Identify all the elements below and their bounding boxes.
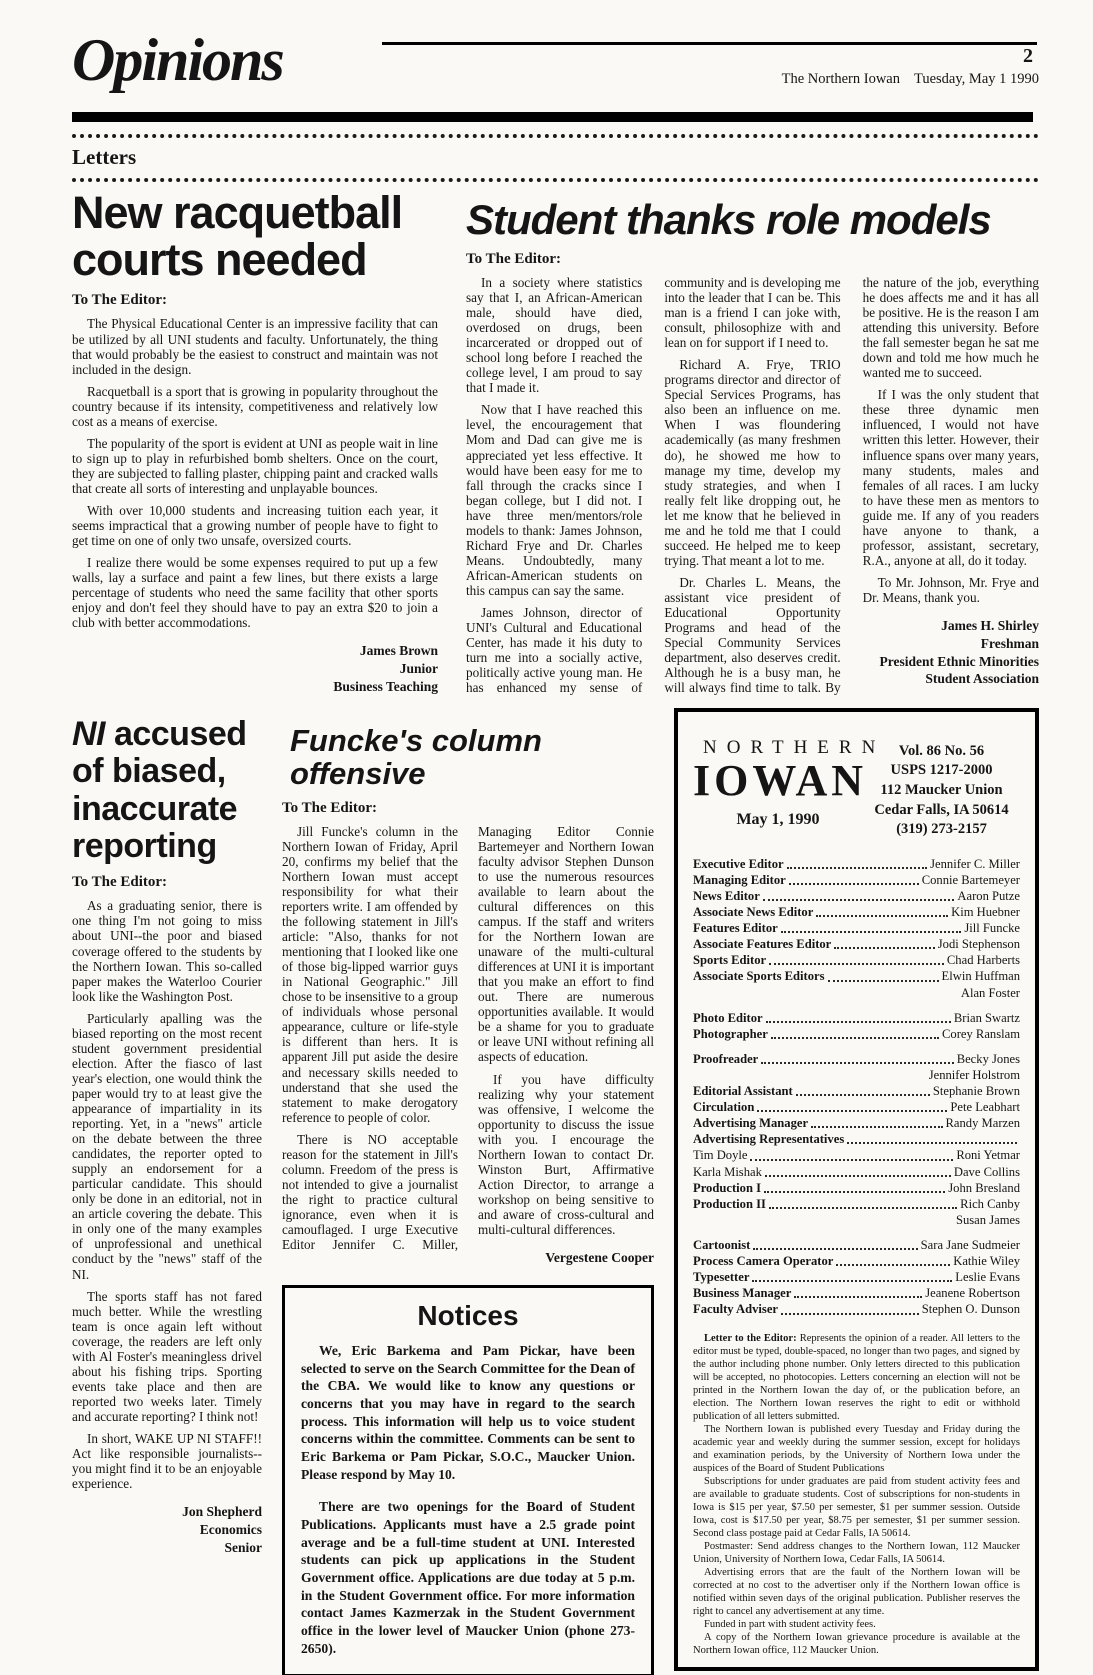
fine-print-lead: Letter to the Editor: xyxy=(704,1333,797,1344)
dot-leader xyxy=(828,980,939,982)
paragraph: I realize there would be some expenses r… xyxy=(72,555,438,630)
staff-role: Photo Editor xyxy=(693,1010,763,1026)
fine-print-paragraph: Subscriptions for under graduates are pa… xyxy=(693,1475,1020,1540)
dot-leader xyxy=(836,1264,950,1266)
masthead-staff-row: Faculty Adviser Stephen O. Dunson xyxy=(693,1301,1020,1317)
signature-line: James H. Shirley xyxy=(863,617,1039,635)
article-racquetball-body: The Physical Educational Center is an im… xyxy=(72,316,438,630)
article-funcke-headline: Funcke's column offensive xyxy=(282,724,654,791)
staff-name: Rich Canby xyxy=(960,1196,1020,1212)
notices-box: Notices We, Eric Barkema and Pam Pickar,… xyxy=(282,1285,654,1675)
masthead-info-line: USPS 1217-2000 xyxy=(863,761,1020,781)
section-title: Opinions xyxy=(72,30,283,90)
article-role-models-columns: In a society where statistics say that I… xyxy=(466,275,1039,695)
masthead-fine-print: Letter to the Editor: Represents the opi… xyxy=(693,1332,1020,1657)
paragraph: Jill Funcke's column in the Northern Iow… xyxy=(282,824,458,1125)
paragraph: The popularity of the sport is evident a… xyxy=(72,436,438,496)
staff-name: Jeanene Robertson xyxy=(925,1285,1020,1301)
fine-print-text: Represents the opinion of a reader. All … xyxy=(693,1333,1020,1422)
dot-leader xyxy=(787,867,928,869)
staff-role: Managing Editor xyxy=(693,872,786,888)
newspaper-page: Opinions 2 The Northern IowanTuesday, Ma… xyxy=(0,0,1093,1675)
middle-column: Funcke's column offensive To The Editor:… xyxy=(282,708,654,1675)
notice-paragraph: We, Eric Barkema and Pam Pickar, have be… xyxy=(301,1342,635,1483)
staff-name: Kathie Wiley xyxy=(953,1253,1020,1269)
signature-line: Jon Shepherd xyxy=(72,1503,262,1521)
header-bar xyxy=(72,112,1033,122)
masthead-staff-row: Advertising Representatives xyxy=(693,1131,1020,1147)
staff-name: Corey Ranslam xyxy=(942,1026,1020,1042)
staff-role: Features Editor xyxy=(693,920,778,936)
masthead-staff-row: Circulation Pete Leabhart xyxy=(693,1099,1020,1115)
dot-leader xyxy=(781,931,962,933)
masthead-staff-row: Business Manager Jeanene Robertson xyxy=(693,1285,1020,1301)
masthead-staff-row: Tim Doyle Roni Yetmar xyxy=(693,1147,1020,1163)
staff-name: Kim Huebner xyxy=(951,904,1020,920)
dot-leader xyxy=(764,1191,945,1193)
letters-label: Letters xyxy=(72,138,1039,178)
staff-role: Typesetter xyxy=(693,1269,749,1285)
staff-role: Process Camera Operator xyxy=(693,1253,833,1269)
fine-print-text: Funded in part with student activity fee… xyxy=(704,1619,876,1630)
paragraph: If I was the only student that these thr… xyxy=(863,387,1039,568)
masthead-info-line: Vol. 86 No. 56 xyxy=(863,742,1020,762)
staff-name: Chad Harberts xyxy=(947,952,1020,968)
letter-signature: Vergestene Cooper xyxy=(478,1249,654,1267)
dot-leader xyxy=(757,1110,947,1112)
staff-name: Aaron Putze xyxy=(957,888,1020,904)
dot-leader xyxy=(761,1062,953,1064)
dot-leader xyxy=(781,1313,919,1315)
masthead-staff-row: Process Camera Operator Kathie Wiley xyxy=(693,1253,1020,1269)
staff-name: Brian Swartz xyxy=(954,1010,1020,1026)
masthead-info: Vol. 86 No. 56USPS 1217-2000112 Maucker … xyxy=(863,738,1020,840)
paragraph: Particularly apalling was the biased rep… xyxy=(72,1011,262,1282)
dot-leader xyxy=(753,1248,917,1250)
staff-role: Advertising Representatives xyxy=(693,1131,844,1147)
staff-role: Circulation xyxy=(693,1099,754,1115)
header-rule xyxy=(382,42,1037,45)
staff-role: Executive Editor xyxy=(693,856,784,872)
staff-name: Alan Foster xyxy=(961,985,1020,1001)
notices-body: We, Eric Barkema and Pam Pickar, have be… xyxy=(301,1342,635,1657)
masthead-box: NORTHERN IOWAN May 1, 1990 Vol. 86 No. 5… xyxy=(674,708,1039,1671)
masthead-staff-row: Features Editor Jill Funcke xyxy=(693,920,1020,936)
fine-print-paragraph: Letter to the Editor: Represents the opi… xyxy=(693,1332,1020,1423)
masthead-staff-row: Susan James xyxy=(693,1212,1020,1228)
letters-section-header: Letters xyxy=(72,134,1039,182)
masthead-staff-row: Production II Rich Canby xyxy=(693,1196,1020,1212)
staff-name: Connie Bartemeyer xyxy=(922,872,1020,888)
signature-line: Economics xyxy=(72,1521,262,1539)
publication-name: The Northern Iowan xyxy=(782,71,900,87)
staff-role: Proofreader xyxy=(693,1051,758,1067)
letter-signature: James H. ShirleyFreshmanPresident Ethnic… xyxy=(863,617,1039,688)
signature-line: James Brown xyxy=(72,642,438,660)
salutation: To The Editor: xyxy=(282,799,654,817)
dot-leader xyxy=(771,1037,939,1039)
staff-name: Jill Funcke xyxy=(964,920,1020,936)
article-racquetball-headline: New racquetball courts needed xyxy=(72,190,438,284)
staff-role: Production II xyxy=(693,1196,766,1212)
staff-role: Editorial Assistant xyxy=(693,1083,793,1099)
paragraph: The Physical Educational Center is an im… xyxy=(72,316,438,376)
dot-leader xyxy=(765,1175,951,1177)
staff-role: Faculty Adviser xyxy=(693,1301,778,1317)
staff-name: John Bresland xyxy=(948,1180,1020,1196)
staff-role: Tim Doyle xyxy=(693,1147,747,1163)
paragraph: If you have difficulty realizing why you… xyxy=(478,1072,654,1238)
masthead-logo: NORTHERN IOWAN May 1, 1990 xyxy=(693,738,863,840)
headline-italic-part: NI xyxy=(72,715,105,753)
staff-name: Jodi Stephenson xyxy=(938,936,1020,952)
page-header: Opinions 2 The Northern IowanTuesday, Ma… xyxy=(72,30,1039,106)
dot-leader xyxy=(811,1126,942,1128)
staff-role: Photographer xyxy=(693,1026,768,1042)
fine-print-text: Subscriptions for under graduates are pa… xyxy=(693,1476,1020,1539)
letter-signature: James BrownJuniorBusiness Teaching xyxy=(72,642,438,695)
staff-role: Production I xyxy=(693,1180,761,1196)
dot-leader xyxy=(789,883,919,885)
signature-line: Business Teaching xyxy=(72,678,438,696)
fine-print-text: Advertising errors that are the fault of… xyxy=(693,1567,1020,1617)
staff-name: Becky Jones xyxy=(957,1051,1020,1067)
masthead-staff-row: Production I John Bresland xyxy=(693,1180,1020,1196)
signature-line: Freshman xyxy=(863,635,1039,653)
paragraph: The sports staff has not fared much bett… xyxy=(72,1289,262,1424)
dot-leader xyxy=(769,963,944,965)
letter-signature: Jon ShepherdEconomicsSenior xyxy=(72,1503,262,1556)
masthead-staff-row: Typesetter Leslie Evans xyxy=(693,1269,1020,1285)
masthead-staff-row: Jennifer Holstrom xyxy=(693,1067,1020,1083)
paragraph: In a society where statistics say that I… xyxy=(466,275,642,395)
dot-leader xyxy=(766,1021,951,1023)
masthead-staff-row: News Editor Aaron Putze xyxy=(693,888,1020,904)
dotted-rule-bottom xyxy=(72,178,1039,182)
paragraph: In short, WAKE UP NI STAFF!! Act like re… xyxy=(72,1431,262,1491)
publication-date: Tuesday, May 1 1990 xyxy=(914,71,1039,87)
masthead-staff-row: Proofreader Becky Jones xyxy=(693,1051,1020,1067)
masthead-info-line: 112 Maucker Union xyxy=(863,781,1020,801)
masthead-staff-row: Cartoonist Sara Jane Sudmeier xyxy=(693,1237,1020,1253)
fine-print-paragraph: Postmaster: Send address changes to the … xyxy=(693,1540,1020,1566)
masthead-header: NORTHERN IOWAN May 1, 1990 Vol. 86 No. 5… xyxy=(693,738,1020,840)
staff-role: Associate Sports Editors xyxy=(693,968,825,984)
fine-print-text: Postmaster: Send address changes to the … xyxy=(693,1541,1020,1565)
signature-line: President Ethnic Minorities xyxy=(863,653,1039,671)
staff-name: Pete Leabhart xyxy=(950,1099,1020,1115)
masthead-staff-row: Executive Editor Jennifer C. Miller xyxy=(693,856,1020,872)
article-role-models-headline: Student thanks role models xyxy=(466,198,1039,242)
staff-role: Business Manager xyxy=(693,1285,791,1301)
dot-leader xyxy=(769,1207,957,1209)
staff-name: Randy Marzen xyxy=(946,1115,1021,1131)
masthead-staff-row: Associate Sports Editors Elwin Huffman xyxy=(693,968,1020,984)
staff-name: Dave Collins xyxy=(954,1164,1020,1180)
paragraph: As a graduating senior, there is one thi… xyxy=(72,898,262,1003)
page-number: 2 xyxy=(1023,46,1033,66)
staff-role: Associate News Editor xyxy=(693,904,813,920)
salutation: To The Editor: xyxy=(466,250,1039,268)
fine-print-paragraph: A copy of the Northern Iowan grievance p… xyxy=(693,1631,1020,1657)
staff-role: Sports Editor xyxy=(693,952,766,968)
notices-title: Notices xyxy=(301,1300,635,1332)
fine-print-text: The Northern Iowan is published every Tu… xyxy=(693,1424,1020,1474)
staff-role: Associate Features Editor xyxy=(693,936,831,952)
letters-row-top: New racquetball courts needed To The Edi… xyxy=(72,188,1039,696)
article-role-models: Student thanks role models To The Editor… xyxy=(466,188,1039,696)
staff-role: Cartoonist xyxy=(693,1237,750,1253)
fine-print-paragraph: Advertising errors that are the fault of… xyxy=(693,1566,1020,1618)
staff-name: Stephen O. Dunson xyxy=(922,1301,1020,1317)
article-funcke-body: Jill Funcke's column in the Northern Iow… xyxy=(282,824,654,1267)
salutation: To The Editor: xyxy=(72,291,438,309)
staff-role: Advertising Manager xyxy=(693,1115,808,1131)
paragraph: Racquetball is a sport that is growing i… xyxy=(72,384,438,429)
paragraph: Richard A. Frye, TRIO programs director … xyxy=(664,357,840,568)
masthead-staff-row: Associate News Editor Kim Huebner xyxy=(693,904,1020,920)
masthead-staff-row: Photo Editor Brian Swartz xyxy=(693,1010,1020,1026)
dot-leader xyxy=(752,1280,952,1282)
masthead-staff-row: Sports Editor Chad Harberts xyxy=(693,952,1020,968)
signature-line: Student Association xyxy=(863,670,1039,688)
fine-print-paragraph: The Northern Iowan is published every Tu… xyxy=(693,1423,1020,1475)
masthead-staff-list: Executive Editor Jennifer C. Miller Mana… xyxy=(693,856,1020,1318)
article-racquetball: New racquetball courts needed To The Edi… xyxy=(72,188,438,696)
signature-line: Senior xyxy=(72,1539,262,1557)
masthead-date: May 1, 1990 xyxy=(693,810,863,829)
masthead-staff-row: Advertising Manager Randy Marzen xyxy=(693,1115,1020,1131)
dot-leader xyxy=(847,1142,1017,1144)
publication-dateline: The Northern IowanTuesday, May 1 1990 xyxy=(782,72,1039,87)
staff-name: Leslie Evans xyxy=(955,1269,1020,1285)
dot-leader xyxy=(794,1296,922,1298)
paragraph: With over 10,000 students and increasing… xyxy=(72,503,438,548)
staff-name: Susan James xyxy=(956,1212,1020,1228)
letters-row-bottom: NI accused of biased, inaccurate reporti… xyxy=(72,708,1039,1675)
staff-name: Jennifer C. Miller xyxy=(930,856,1020,872)
article-funcke: Funcke's column offensive To The Editor:… xyxy=(282,724,654,1267)
paragraph: To Mr. Johnson, Mr. Frye and Dr. Means, … xyxy=(863,575,1039,605)
salutation: To The Editor: xyxy=(72,873,262,891)
staff-name: Sara Jane Sudmeier xyxy=(921,1237,1020,1253)
notice-paragraph: There are two openings for the Board of … xyxy=(301,1498,635,1657)
masthead-staff-row: Managing Editor Connie Bartemeyer xyxy=(693,872,1020,888)
staff-name: Roni Yetmar xyxy=(956,1147,1020,1163)
masthead-staff-row: Photographer Corey Ranslam xyxy=(693,1026,1020,1042)
staff-name: Jennifer Holstrom xyxy=(929,1067,1020,1083)
staff-role: News Editor xyxy=(693,888,760,904)
dot-leader xyxy=(763,899,955,901)
masthead-staff-row: Associate Features Editor Jodi Stephenso… xyxy=(693,936,1020,952)
masthead-staff-row: Editorial Assistant Stephanie Brown xyxy=(693,1083,1020,1099)
article-ni-accused: NI accused of biased, inaccurate reporti… xyxy=(72,708,262,1557)
signature-line: Vergestene Cooper xyxy=(478,1249,654,1267)
masthead-info-line: (319) 273-2157 xyxy=(863,820,1020,840)
dot-leader xyxy=(834,947,935,949)
signature-line: Junior xyxy=(72,660,438,678)
staff-name: Elwin Huffman xyxy=(942,968,1020,984)
paragraph: Now that I have reached this level, the … xyxy=(466,402,642,598)
masthead-staff-row: Alan Foster xyxy=(693,985,1020,1001)
masthead-name-main: IOWAN xyxy=(693,759,863,802)
dot-leader xyxy=(796,1094,930,1096)
article-funcke-columns: Jill Funcke's column in the Northern Iow… xyxy=(282,824,654,1267)
fine-print-paragraph: Funded in part with student activity fee… xyxy=(693,1618,1020,1631)
staff-name: Stephanie Brown xyxy=(933,1083,1020,1099)
dot-leader xyxy=(750,1159,953,1161)
fine-print-text: A copy of the Northern Iowan grievance p… xyxy=(693,1632,1020,1656)
dot-leader xyxy=(816,915,948,917)
article-ni-accused-body: As a graduating senior, there is one thi… xyxy=(72,898,262,1491)
masthead-info-line: Cedar Falls, IA 50614 xyxy=(863,801,1020,821)
masthead-staff-row: Karla Mishak Dave Collins xyxy=(693,1164,1020,1180)
article-ni-accused-headline: NI accused of biased, inaccurate reporti… xyxy=(72,716,262,866)
staff-role: Karla Mishak xyxy=(693,1164,762,1180)
